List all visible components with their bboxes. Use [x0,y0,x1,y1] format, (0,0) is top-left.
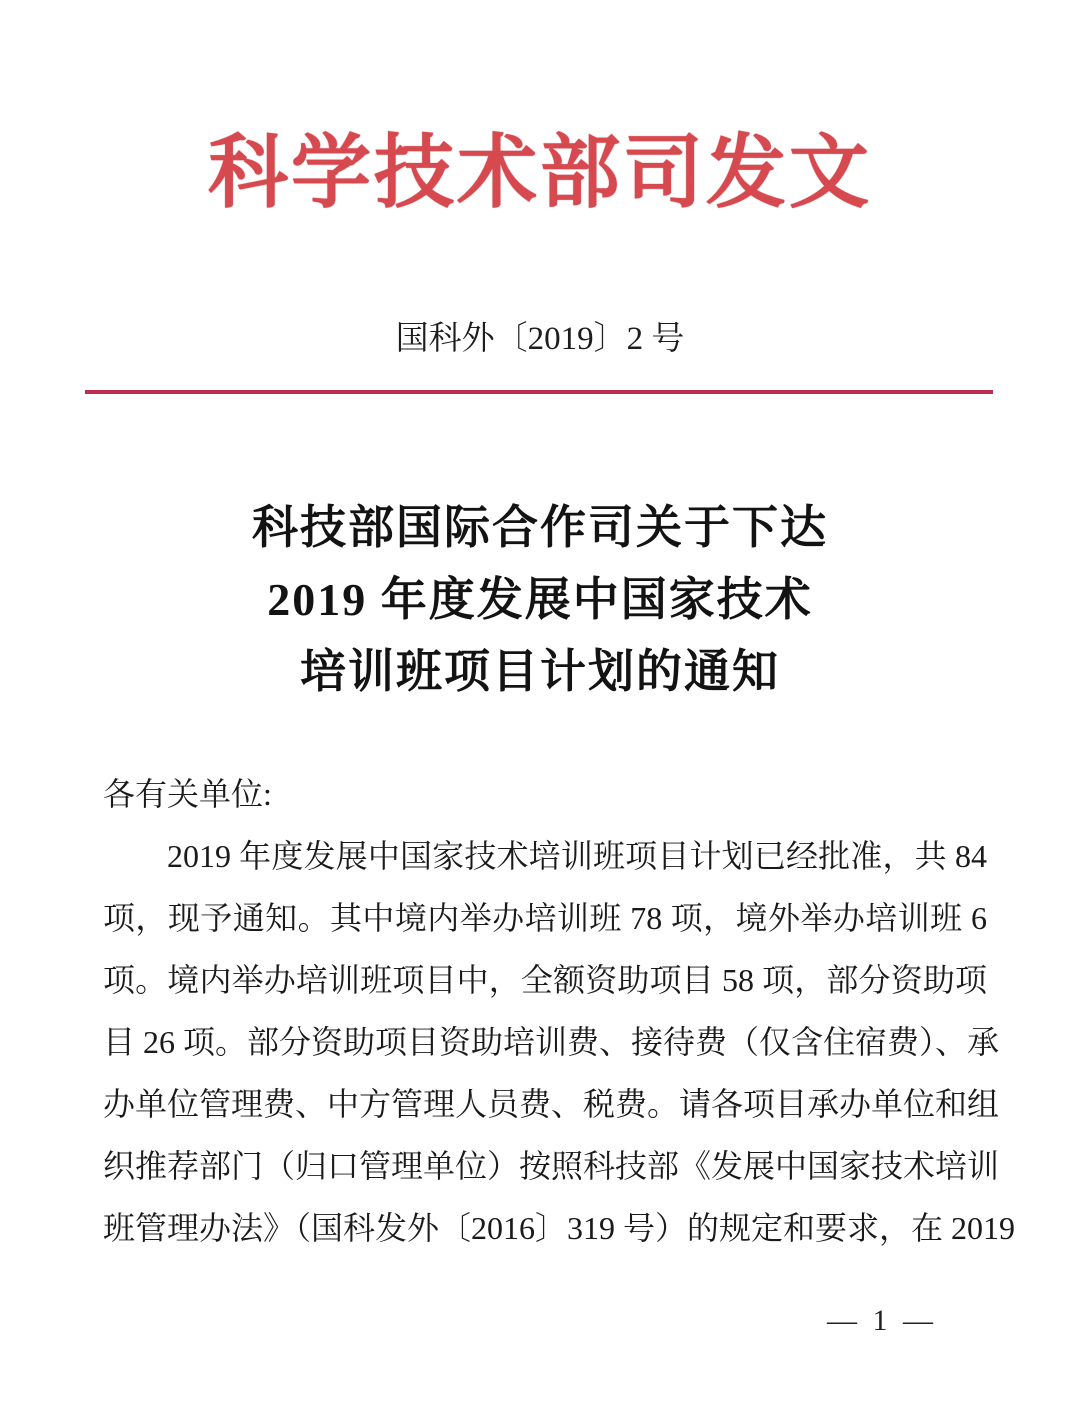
notice-title-line-3: 培训班项目计划的通知 [0,636,1080,708]
document-header-title: 科学技术部司发文 [0,128,1080,220]
notice-title: 科技部国际合作司关于下达 2019 年度发展中国家技术 培训班项目计划的通知 [0,492,1080,708]
body-line: 2019 年度发展中国家技术培训班项目计划已经批准，共 84 [103,825,987,887]
notice-title-line-2: 2019 年度发展中国家技术 [0,564,1080,636]
notice-body: 各有关单位: 2019 年度发展中国家技术培训班项目计划已经批准，共 84 项，… [103,763,987,1259]
notice-title-line-1: 科技部国际合作司关于下达 [0,492,1080,564]
body-line: 目 26 项。部分资助项目资助培训费、接待费（仅含住宿费）、承 [103,1011,987,1073]
body-line: 班管理办法》（国科发外〔2016〕319 号）的规定和要求，在 2019 [103,1197,987,1259]
body-line: 项，现予通知。其中境内举办培训班 78 项，境外举办培训班 6 [103,887,987,949]
body-line: 办单位管理费、中方管理人员费、税费。请各项目承办单位和组 [103,1073,987,1135]
red-divider-line [85,390,993,394]
document-number: 国科外〔2019〕2 号 [0,318,1080,361]
salutation: 各有关单位: [103,763,987,825]
page-number: — 1 — [827,1303,937,1339]
body-line: 项。境内举办培训班项目中，全额资助项目 58 项，部分资助项 [103,949,987,1011]
document-page: 科学技术部司发文 国科外〔2019〕2 号 科技部国际合作司关于下达 2019 … [0,0,1080,1422]
body-line: 织推荐部门（归口管理单位）按照科技部《发展中国家技术培训 [103,1135,987,1197]
